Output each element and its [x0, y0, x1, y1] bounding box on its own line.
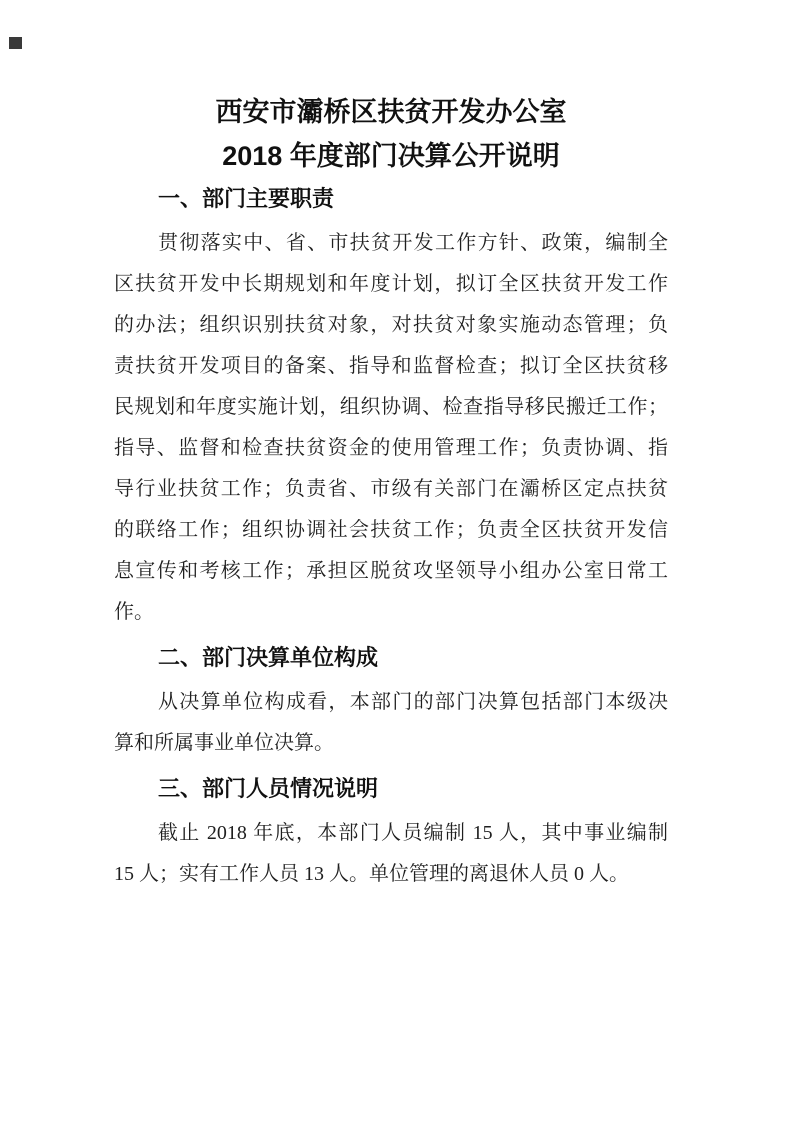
section-heading: 三、部门人员情况说明	[114, 768, 668, 809]
paragraph-line: 贯彻落实中、省、市扶贫开发工作方针、政策，编制全	[114, 223, 668, 264]
paragraph-line: 指导、监督和检查扶贫资金的使用管理工作；负责协调、指	[114, 428, 668, 469]
section-paragraph: 贯彻落实中、省、市扶贫开发工作方针、政策，编制全区扶贫开发中长期规划和年度计划，…	[114, 223, 668, 633]
paragraph-line: 民规划和年度实施计划，组织协调、检查指导移民搬迁工作；	[114, 387, 668, 428]
section-heading: 一、部门主要职责	[114, 178, 668, 219]
scan-artifact-speck	[9, 37, 22, 49]
section-heading: 二、部门决算单位构成	[114, 637, 668, 678]
paragraph-line: 的办法；组织识别扶贫对象，对扶贫对象实施动态管理；负	[114, 305, 668, 346]
document-section: 二、部门决算单位构成 从决算单位构成看，本部门的部门决算包括部门本级决算和所属事…	[114, 637, 668, 764]
document-title-line1: 西安市灞桥区扶贫开发办公室	[114, 90, 668, 134]
paragraph-line: 算和所属事业单位决算。	[114, 723, 668, 764]
paragraph-line: 从决算单位构成看，本部门的部门决算包括部门本级决	[114, 682, 668, 723]
document-section: 一、部门主要职责 贯彻落实中、省、市扶贫开发工作方针、政策，编制全区扶贫开发中长…	[114, 178, 668, 633]
paragraph-line: 导行业扶贫工作；负责省、市级有关部门在灞桥区定点扶贫	[114, 469, 668, 510]
paragraph-line: 15 人；实有工作人员 13 人。单位管理的离退休人员 0 人。	[114, 854, 668, 895]
document-sections: 一、部门主要职责 贯彻落实中、省、市扶贫开发工作方针、政策，编制全区扶贫开发中长…	[114, 178, 668, 895]
section-paragraph: 从决算单位构成看，本部门的部门决算包括部门本级决算和所属事业单位决算。	[114, 682, 668, 764]
document-title-line2: 2018 年度部门决算公开说明	[114, 134, 668, 178]
document-section: 三、部门人员情况说明 截止 2018 年底，本部门人员编制 15 人，其中事业编…	[114, 768, 668, 895]
paragraph-line: 作。	[114, 592, 668, 633]
paragraph-line: 的联络工作；组织协调社会扶贫工作；负责全区扶贫开发信	[114, 510, 668, 551]
paragraph-line: 息宣传和考核工作；承担区脱贫攻坚领导小组办公室日常工	[114, 551, 668, 592]
paragraph-line: 截止 2018 年底，本部门人员编制 15 人，其中事业编制	[114, 813, 668, 854]
section-paragraph: 截止 2018 年底，本部门人员编制 15 人，其中事业编制15 人；实有工作人…	[114, 813, 668, 895]
paragraph-line: 区扶贫开发中长期规划和年度计划，拟订全区扶贫开发工作	[114, 264, 668, 305]
paragraph-line: 责扶贫开发项目的备案、指导和监督检查；拟订全区扶贫移	[114, 346, 668, 387]
document-content: 西安市灞桥区扶贫开发办公室 2018 年度部门决算公开说明 一、部门主要职责 贯…	[114, 90, 668, 895]
document-page: 西安市灞桥区扶贫开发办公室 2018 年度部门决算公开说明 一、部门主要职责 贯…	[0, 0, 793, 1122]
